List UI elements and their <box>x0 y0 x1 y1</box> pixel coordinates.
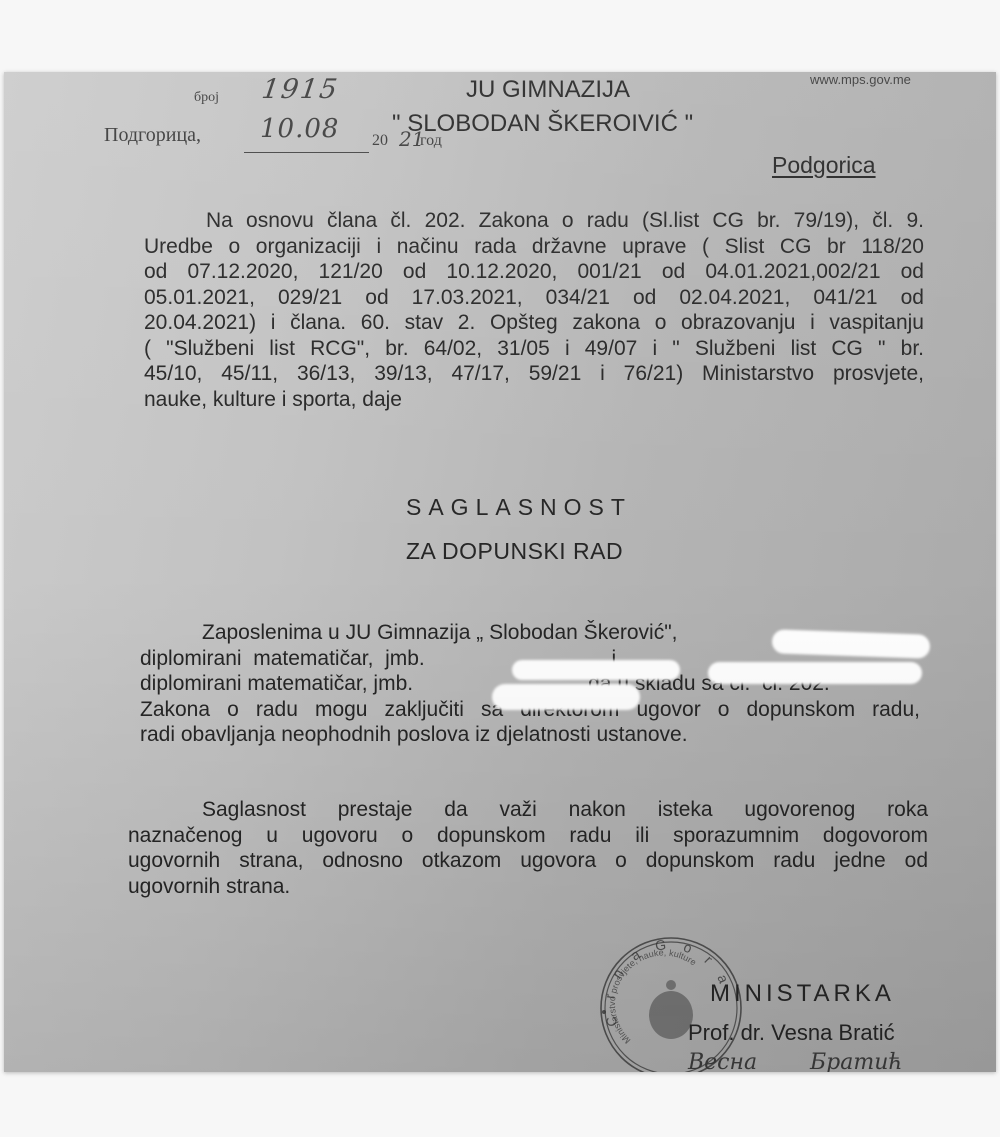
preamble-line: 45/10, 45/11, 36/13, 39/13, 47/17, 59/21… <box>144 361 924 387</box>
preamble-line: od 07.12.2020, 121/20 od 10.12.2020, 001… <box>144 259 924 285</box>
scanned-document: број 1915 Подгорица, 10.08 20 21 год JU … <box>4 72 996 1072</box>
signer-name: Prof. dr. Vesna Bratić <box>688 1020 895 1046</box>
redaction-mark <box>708 662 922 684</box>
body-line: naznačenog u ugovoru o dopunskom radu il… <box>128 823 928 849</box>
document-subtitle: ZA DOPUNSKI RAD <box>406 538 623 565</box>
document-title: SAGLASNOST <box>406 494 632 521</box>
school-name-line-2: " SLOBODAN ŠKEROIVIĆ " <box>392 110 693 138</box>
body-line: Zaposlenima u JU Gimnazija „ Slobodan Šk… <box>202 621 678 644</box>
handwritten-signature: Братић <box>810 1050 903 1072</box>
number-value-handwritten: 1915 <box>260 74 341 105</box>
preamble-line: 05.01.2021, 029/21 od 17.03.2021, 034/21… <box>144 285 924 311</box>
preamble-line: Uredbe o organizaciji i načinu rada drža… <box>144 234 924 260</box>
validity-paragraph: Saglasnost prestaje da važi nakon isteka… <box>128 797 928 899</box>
place-name: Podgorica <box>772 152 876 179</box>
number-label: број <box>194 90 219 106</box>
handwritten-signature: Весна <box>688 1050 757 1072</box>
city-label: Подгорица, <box>104 124 201 147</box>
preamble-line: ( "Službeni list RCG", br. 64/02, 31/05 … <box>144 336 924 362</box>
legal-basis-paragraph: Na osnovu člana čl. 202. Zakona o radu (… <box>144 208 924 412</box>
preamble-line: 20.04.2021) i člana. 60. stav 2. Opšteg … <box>144 310 924 336</box>
signer-title: MINISTARKA <box>710 980 895 1008</box>
year-prefix: 20 <box>372 132 388 150</box>
date-value-handwritten: 10.08 <box>260 114 339 144</box>
school-name-line-1: JU GIMNAZIJA <box>466 76 630 104</box>
body-line: radi obavljanja neophodnih poslova iz dj… <box>140 722 920 748</box>
date-underline <box>244 152 369 153</box>
body-line: ugovornih strana, odnosno otkazom ugovor… <box>128 848 928 874</box>
body-line: ugovornih strana. <box>128 874 928 900</box>
redaction-mark <box>512 660 680 680</box>
redaction-mark <box>492 684 640 710</box>
preamble-line: Na osnovu člana čl. 202. Zakona o radu (… <box>206 209 924 232</box>
body-line: Saglasnost prestaje da važi nakon isteka… <box>202 798 928 821</box>
preamble-line: nauke, kulture i sporta, daje <box>144 387 924 413</box>
ministry-website: www.mps.gov.me <box>810 72 911 87</box>
